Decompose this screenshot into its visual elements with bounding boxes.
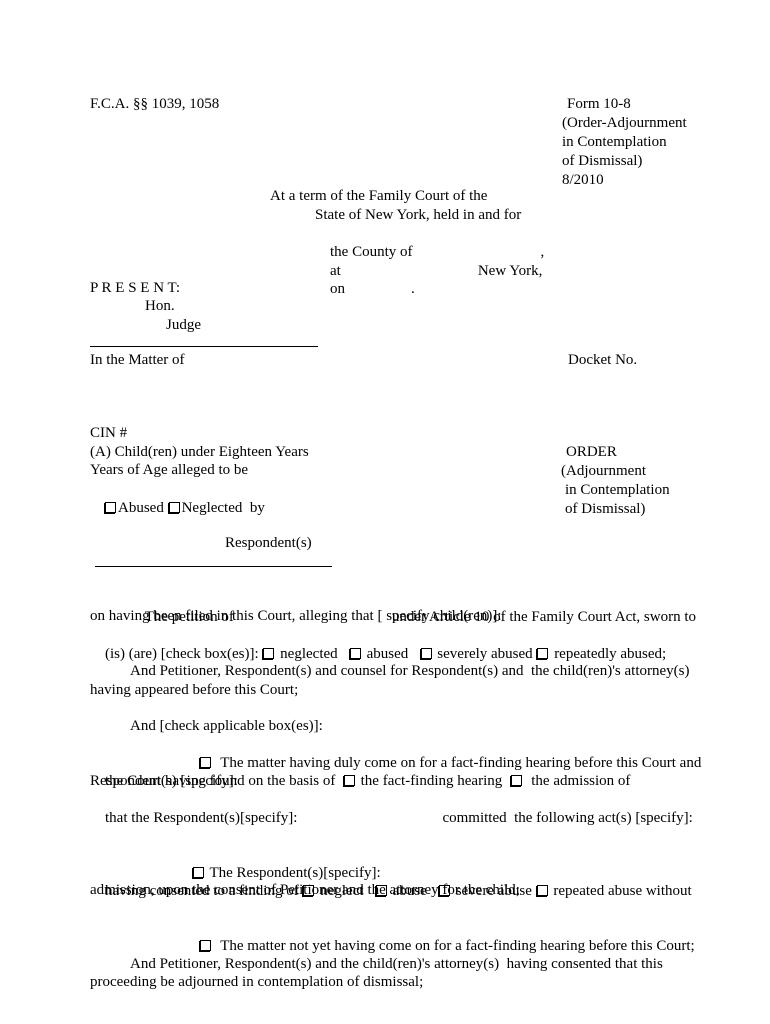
children-line-1: (A) Child(ren) under Eighteen Years <box>90 443 309 462</box>
hon-label: Hon. <box>145 297 175 316</box>
period: . <box>411 281 415 297</box>
term-line-2: State of New York, held in and for <box>315 206 521 225</box>
respondent-name-blank-field[interactable] <box>297 821 442 822</box>
order-title-line: in Contemplation <box>561 481 670 500</box>
abused-neglected-line: Abused Neglected by <box>90 480 265 537</box>
neglected-option-checkbox-icon[interactable] <box>263 648 274 659</box>
order-title-line: of Dismissal) <box>561 500 670 519</box>
check-boxes-label: (is) (are) [check box(es)]: <box>105 646 262 662</box>
neglected-option-label: neglected <box>276 646 348 662</box>
order-title-block: ORDER (Adjournment in Contemplation of D… <box>561 443 670 519</box>
admission-label: the admission of <box>524 773 631 789</box>
fact-finding-hearing-checkbox-icon[interactable] <box>344 775 355 786</box>
fact-finding-hearing-label: the fact-finding hearing <box>357 773 510 789</box>
children-line-2: Years of Age alleged to be <box>90 461 248 480</box>
in-the-matter-of-label: In the Matter of <box>90 351 185 370</box>
committed-acts-line: that the Respondent(s)[specify]:committe… <box>90 790 693 847</box>
check-applicable-label: And [check applicable box(es)]: <box>130 717 323 736</box>
neglected-by-label: Neglected by <box>182 500 265 516</box>
abused-label: Abused <box>118 500 168 516</box>
on-label: on <box>330 281 345 297</box>
severely-abused-option-checkbox-icon[interactable] <box>421 648 432 659</box>
statute-reference: F.C.A. §§ 1039, 1058 <box>90 95 219 114</box>
adjournment-consent-line-1: And Petitioner, Respondent(s) and the ch… <box>130 955 663 974</box>
abused-option-checkbox-icon[interactable] <box>350 648 361 659</box>
date-blank-field[interactable] <box>345 292 411 293</box>
respondent-specify-label: that the Respondent(s)[specify]: <box>105 810 297 826</box>
term-date-line: on. <box>315 261 415 318</box>
respondent-specify-line: Respondent(s) [specify]: <box>90 772 238 791</box>
committed-acts-label: committed the following act(s) [specify]… <box>442 810 692 826</box>
abused-checkbox-icon[interactable] <box>105 502 116 513</box>
appearance-line-2: having appeared before this Court; <box>90 681 298 700</box>
repeated-abuse-finding-label: repeated abuse without <box>550 883 692 899</box>
admission-checkbox-icon[interactable] <box>511 775 522 786</box>
abused-option-label: abused <box>363 646 420 662</box>
judge-label: Judge <box>166 316 201 335</box>
form-document-page: F.C.A. §§ 1039, 1058 Form 10-8 (Order-Ad… <box>0 0 770 1024</box>
repeatedly-abused-option-checkbox-icon[interactable] <box>537 648 548 659</box>
form-revision-date: 8/2010 <box>562 171 687 190</box>
order-title-line: (Adjournment <box>561 462 670 481</box>
matter-not-yet-text: The matter not yet having come on for a … <box>213 938 695 954</box>
severely-abused-option-label: severely abused <box>434 646 537 662</box>
caption-divider-line <box>90 346 318 347</box>
docket-no-label: Docket No. <box>568 351 637 370</box>
petition-line-2: on having been filed in this Court, alle… <box>90 607 502 626</box>
appearance-line-1: And Petitioner, Respondent(s) and counse… <box>130 662 689 681</box>
respondents-divider-line <box>95 566 332 567</box>
neglected-checkbox-icon[interactable] <box>169 502 180 513</box>
adjournment-consent-line-2: proceeding be adjourned in contemplation… <box>90 973 423 992</box>
new-york-label: New York, <box>478 263 543 279</box>
respondents-label: Respondent(s) <box>225 534 312 553</box>
matter-not-yet-checkbox-icon[interactable] <box>200 940 211 951</box>
repeatedly-abused-option-label: repeatedly abused; <box>550 646 666 662</box>
form-number: Form 10-8 <box>562 95 687 114</box>
repeated-abuse-finding-checkbox-icon[interactable] <box>537 885 548 896</box>
form-title-line: of Dismissal) <box>562 152 687 171</box>
admission-consent-line: admission, upon the consent of Petitione… <box>90 881 520 900</box>
form-title-line: in Contemplation <box>562 133 687 152</box>
order-title: ORDER <box>561 443 670 462</box>
form-number-block: Form 10-8 (Order-Adjournment in Contempl… <box>562 95 687 190</box>
term-line-1: At a term of the Family Court of the <box>270 187 487 206</box>
cin-label: CIN # <box>90 424 127 443</box>
present-label: P R E S E N T: <box>90 279 180 298</box>
form-title-line: (Order-Adjournment <box>562 114 687 133</box>
